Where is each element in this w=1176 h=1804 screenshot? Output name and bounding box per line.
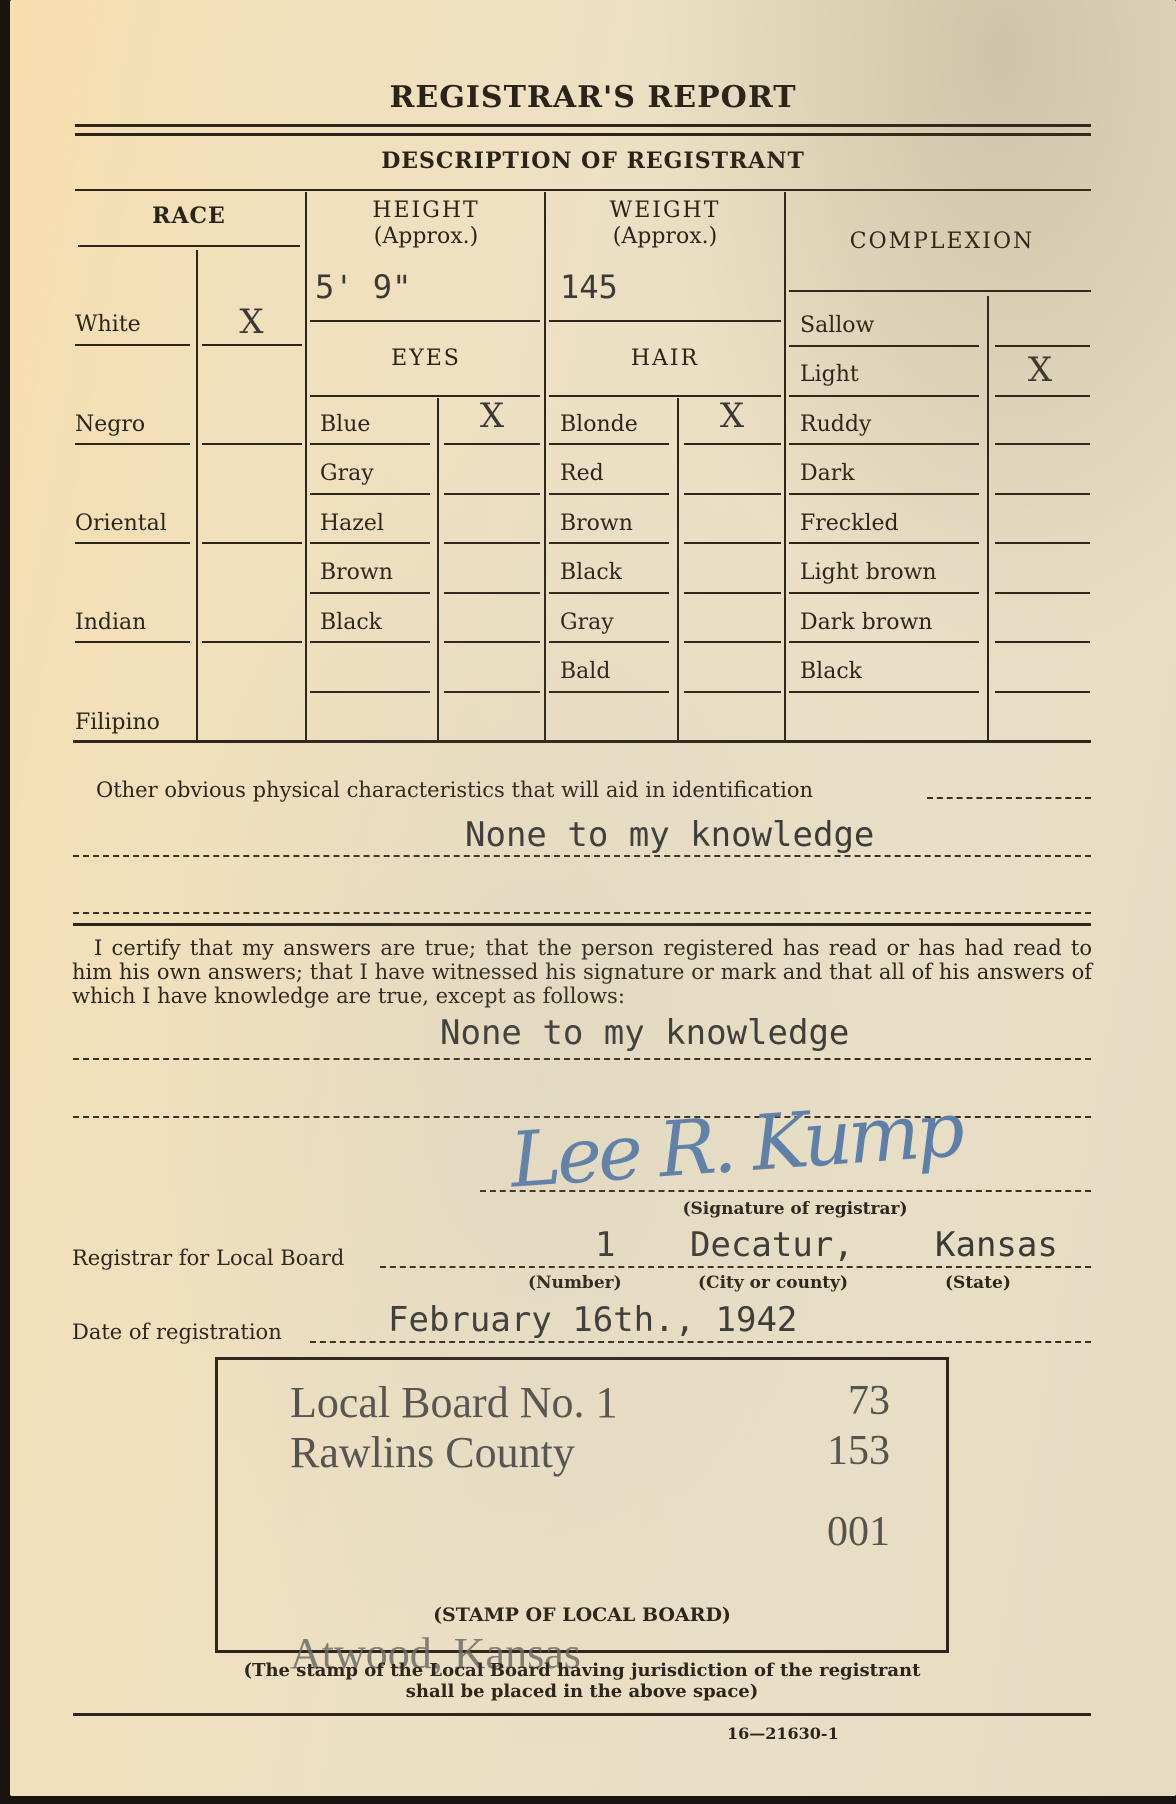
eyes-check-blue[interactable]: X: [440, 396, 544, 436]
complexion-rule: [789, 691, 979, 693]
race-label-negro: Negro: [75, 412, 145, 437]
eyes-rule: [310, 493, 430, 495]
hair-rule: [684, 641, 781, 643]
local-board-city[interactable]: Decatur,: [690, 1225, 854, 1265]
eyes-label-black: Black: [320, 610, 382, 635]
hair-label-blonde: Blonde: [560, 412, 638, 437]
section-subtitle: DESCRIPTION OF REGISTRANT: [10, 148, 1176, 174]
complexion-label-dark: Dark: [800, 461, 855, 486]
other-characteristics-value[interactable]: None to my knowledge: [465, 815, 874, 855]
hair-divider: [677, 398, 679, 740]
eyes-rule: [444, 443, 540, 445]
title-rule-top: [75, 124, 1091, 127]
hair-rule: [549, 592, 669, 594]
complexion-divider: [987, 296, 989, 740]
stamp-line-1: Local Board No. 1: [290, 1377, 617, 1428]
race-rule: [202, 443, 302, 445]
hair-rule: [684, 691, 781, 693]
certification-exceptions-value[interactable]: None to my knowledge: [440, 1013, 849, 1053]
page-title: REGISTRAR'S REPORT: [10, 80, 1176, 115]
eyes-rule: [310, 641, 430, 643]
complexion-rule: [789, 493, 979, 495]
stamp-note-line-1: (The stamp of the Local Board having jur…: [215, 1660, 949, 1681]
eyes-label-hazel: Hazel: [320, 511, 384, 536]
stamp-line-2: Rawlins County: [290, 1427, 575, 1478]
eyes-rule: [310, 443, 430, 445]
height-rule: [310, 320, 540, 322]
complexion-rule: [995, 395, 1090, 397]
race-label-indian: Indian: [75, 610, 146, 635]
hair-label-black: Black: [560, 560, 622, 585]
hair-label-bald: Bald: [560, 659, 610, 684]
weight-rule: [549, 320, 781, 322]
eyes-rule: [444, 592, 540, 594]
registrar-signature[interactable]: Lee R. Kump: [507, 1084, 963, 1204]
eyes-rule: [310, 542, 430, 544]
date-value[interactable]: February 16th., 1942: [388, 1300, 797, 1340]
other-characteristics-label: Other obvious physical characteristics t…: [96, 778, 813, 802]
hair-rule: [684, 493, 781, 495]
table-bottom-border: [73, 740, 1091, 743]
race-rule: [75, 344, 190, 346]
answer-line: [73, 912, 1091, 914]
local-board-number[interactable]: 1: [595, 1225, 615, 1265]
complexion-rule: [995, 641, 1090, 643]
complexion-label-ruddy: Ruddy: [800, 412, 871, 437]
weight-complexion-divider: [784, 192, 786, 740]
complexion-rule: [789, 443, 979, 445]
complexion-label-dark-brown: Dark brown: [800, 610, 932, 635]
section-rule: [73, 923, 1091, 926]
hair-label-gray: Gray: [560, 610, 614, 635]
eyes-rule: [310, 592, 430, 594]
height-header: HEIGHT: [308, 198, 544, 223]
hair-check-blonde[interactable]: X: [680, 396, 784, 436]
title-rule-bottom: [75, 133, 1091, 136]
hair-rule: [684, 443, 781, 445]
stamp-note-line-2: shall be placed in the above space): [215, 1681, 949, 1702]
complexion-rule: [789, 641, 979, 643]
local-board-state[interactable]: Kansas: [935, 1225, 1058, 1265]
complexion-rule: [789, 395, 979, 397]
eyes-rule: [444, 493, 540, 495]
hair-rule: [549, 641, 669, 643]
race-label-oriental: Oriental: [75, 511, 167, 536]
complexion-rule: [789, 542, 979, 544]
height-approx: (Approx.): [308, 224, 544, 249]
height-value[interactable]: 5' 9": [315, 268, 411, 306]
race-label-white: White: [75, 312, 141, 337]
weight-header: WEIGHT: [547, 198, 783, 223]
weight-approx: (Approx.): [547, 224, 783, 249]
complexion-label-light-brown: Light brown: [800, 560, 937, 585]
complexion-rule: [789, 345, 979, 347]
eyes-label-gray: Gray: [320, 461, 374, 486]
hair-rule: [549, 691, 669, 693]
dotted-leader: [927, 797, 1091, 799]
complexion-header-rule: [789, 290, 1091, 292]
complexion-header: COMPLEXION: [787, 229, 1097, 254]
eyes-rule: [444, 542, 540, 544]
race-divider: [196, 250, 198, 740]
race-rule: [202, 344, 302, 346]
local-board-label: Registrar for Local Board: [72, 1246, 344, 1270]
state-caption: (State): [945, 1273, 1011, 1293]
stamp-caption: (STAMP OF LOCAL BOARD): [215, 1604, 949, 1626]
hair-rule: [549, 542, 669, 544]
footer-rule: [73, 1713, 1091, 1716]
number-caption: (Number): [528, 1273, 622, 1293]
complexion-label-black: Black: [800, 659, 862, 684]
signature-line: [480, 1190, 1091, 1192]
race-height-divider: [305, 192, 307, 740]
race-rule: [75, 641, 190, 643]
eyes-rule: [444, 641, 540, 643]
table-top-border: [75, 189, 1091, 191]
answer-line: [73, 855, 1091, 857]
complexion-rule: [995, 345, 1090, 347]
complexion-check-light[interactable]: X: [990, 350, 1090, 390]
race-header: RACE: [75, 203, 303, 229]
eyes-label-brown: Brown: [320, 560, 393, 585]
eyes-label-blue: Blue: [320, 412, 370, 437]
complexion-rule: [995, 691, 1090, 693]
hair-rule: [549, 493, 669, 495]
complexion-rule: [789, 592, 979, 594]
hair-label-brown: Brown: [560, 511, 633, 536]
signature-caption: (Signature of registrar): [670, 1199, 920, 1219]
date-label: Date of registration: [72, 1320, 282, 1344]
stamp-code-2: 153: [800, 1427, 890, 1475]
race-check-white[interactable]: X: [200, 302, 303, 342]
hair-header: HAIR: [547, 346, 783, 371]
eyes-divider: [437, 398, 439, 740]
eyes-rule: [444, 691, 540, 693]
hair-rule: [549, 443, 669, 445]
certification-text: I certify that my answers are true; that…: [72, 936, 1092, 1008]
complexion-label-freckled: Freckled: [800, 511, 899, 536]
complexion-label-sallow: Sallow: [800, 313, 874, 338]
complexion-rule: [995, 542, 1090, 544]
complexion-rule: [995, 443, 1090, 445]
race-rule: [202, 542, 302, 544]
height-weight-divider: [544, 192, 546, 740]
stamp-code-1: 73: [830, 1377, 890, 1425]
hair-label-red: Red: [560, 461, 604, 486]
date-line: [310, 1341, 1091, 1343]
race-label-filipino: Filipino: [75, 710, 160, 735]
race-rule: [202, 641, 302, 643]
weight-value[interactable]: 145: [560, 268, 618, 306]
complexion-rule: [995, 493, 1090, 495]
race-rule: [75, 542, 190, 544]
hair-rule: [684, 592, 781, 594]
complexion-label-light: Light: [800, 362, 859, 387]
stamp-code-3: 001: [800, 1508, 890, 1556]
answer-line: [73, 1058, 1091, 1060]
eyes-rule: [310, 691, 430, 693]
complexion-rule: [995, 592, 1090, 594]
race-rule: [75, 443, 190, 445]
form-number: 16—21630-1: [727, 1724, 839, 1743]
hair-rule: [684, 542, 781, 544]
local-board-line: [380, 1266, 1091, 1268]
eyes-header: EYES: [308, 346, 544, 371]
race-header-rule: [78, 245, 300, 247]
city-caption: (City or county): [698, 1273, 848, 1293]
registration-card: REGISTRAR'S REPORT DESCRIPTION OF REGIST…: [10, 0, 1176, 1796]
